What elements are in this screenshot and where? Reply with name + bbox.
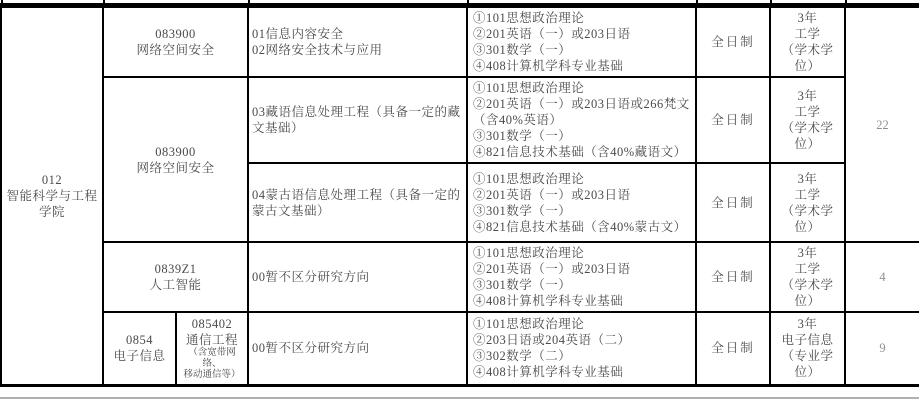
degree-cell: 3年 工学 （学术学位） xyxy=(770,242,845,312)
direction-cell: 00暂不区分研究方向 xyxy=(248,242,467,312)
direction-line: 03藏语信息处理工程（具备一定的藏文基础） xyxy=(252,104,463,136)
subject-line: ③301数学（一） xyxy=(473,128,692,144)
direction-line: 02网络安全技术与应用 xyxy=(252,42,463,58)
study-mode-cell: 全日制 xyxy=(696,77,770,163)
major-name: 网络空间安全 xyxy=(107,160,244,176)
subject-line: ④408计算机学科专业基础 xyxy=(473,364,692,380)
major-note-line: 移动通信等） xyxy=(180,370,244,381)
major-category-code: 0854 xyxy=(107,332,172,348)
subject-line: ③301数学（一） xyxy=(473,42,692,58)
exam-subjects-cell: ①101思想政治理论 ②201英语（一）或203日语或266梵文（含40%英语）… xyxy=(467,77,696,163)
subject-line: ③301数学（一） xyxy=(473,203,692,219)
degree-type: （专业学位） xyxy=(774,348,841,380)
major-category-name: 电子信息 xyxy=(107,348,172,364)
degree-duration: 3年 xyxy=(774,88,841,104)
degree-field: 工学 xyxy=(774,104,841,120)
degree-duration: 3年 xyxy=(774,316,841,332)
subject-line: ④408计算机学科专业基础 xyxy=(473,293,692,309)
subject-line: ②203日语或204英语（二） xyxy=(473,332,692,348)
degree-field: 工学 xyxy=(774,187,841,203)
subject-line: ①101思想政治理论 xyxy=(473,171,692,187)
subject-line: ②201英语（一）或203日语 xyxy=(473,26,692,42)
major-name: 网络空间安全 xyxy=(107,42,244,58)
quota-cell: 4 xyxy=(845,242,919,312)
degree-type: （学术学位） xyxy=(774,42,841,74)
direction-line: 00暂不区分研究方向 xyxy=(252,269,463,285)
direction-line: 01信息内容安全 xyxy=(252,26,463,42)
major-name: 人工智能 xyxy=(107,277,244,293)
major-code: 083900 xyxy=(107,26,244,42)
degree-cell: 3年 工学 （学术学位） xyxy=(770,8,845,77)
college-code: 012 xyxy=(5,172,99,188)
degree-field: 工学 xyxy=(774,261,841,277)
direction-cell: 03藏语信息处理工程（具备一定的藏文基础） xyxy=(248,77,467,163)
table-row: 0854 电子信息 085402 通信工程 （含宽带网络、 移动通信等） 00暂… xyxy=(1,312,919,385)
subject-line: ③301数学（一） xyxy=(473,277,692,293)
degree-cell: 3年 电子信息 （专业学位） xyxy=(770,312,845,385)
major-note-line: （含宽带网络、 xyxy=(180,348,244,370)
study-mode-cell: 全日制 xyxy=(696,8,770,77)
degree-type: （学术学位） xyxy=(774,277,841,309)
subject-line: ②201英语（一）或203日语或266梵文（含40%英语） xyxy=(473,96,692,128)
table-row: 0839Z1 人工智能 00暂不区分研究方向 ①101思想政治理论 ②201英语… xyxy=(1,242,919,312)
direction-cell: 00暂不区分研究方向 xyxy=(248,312,467,385)
major-cell: 083900 网络空间安全 xyxy=(103,8,248,77)
college-cell: 012 智能科学与工程 学院 xyxy=(1,8,103,385)
major-code: 0839Z1 xyxy=(107,261,244,277)
admissions-table-sheet: 012 智能科学与工程 学院 083900 网络空间安全 01信息内容安全 02… xyxy=(0,0,919,399)
study-mode-cell: 全日制 xyxy=(696,312,770,385)
subject-line: ①101思想政治理论 xyxy=(473,10,692,26)
direction-cell: 04蒙古语信息处理工程（具备一定的蒙古文基础） xyxy=(248,163,467,242)
degree-cell: 3年 工学 （学术学位） xyxy=(770,163,845,242)
subject-line: ①101思想政治理论 xyxy=(473,316,692,332)
degree-duration: 3年 xyxy=(774,171,841,187)
table-row: 083900 网络空间安全 03藏语信息处理工程（具备一定的藏文基础） ①101… xyxy=(1,77,919,163)
exam-subjects-cell: ①101思想政治理论 ②201英语（一）或203日语 ③301数学（一） ④82… xyxy=(467,163,696,242)
direction-cell: 01信息内容安全 02网络安全技术与应用 xyxy=(248,8,467,77)
degree-field: 电子信息 xyxy=(774,332,841,348)
exam-subjects-cell: ①101思想政治理论 ②201英语（一）或203日语 ③301数学（一） ④40… xyxy=(467,8,696,77)
exam-subjects-cell: ①101思想政治理论 ②203日语或204英语（二） ③302数学（二） ④40… xyxy=(467,312,696,385)
study-mode-cell: 全日制 xyxy=(696,242,770,312)
table-row: 012 智能科学与工程 学院 083900 网络空间安全 01信息内容安全 02… xyxy=(1,8,919,77)
degree-type: （学术学位） xyxy=(774,203,841,235)
study-mode-cell: 全日制 xyxy=(696,163,770,242)
subject-line: ④821信息技术基础（含40%藏语文） xyxy=(473,144,692,160)
major-name: 通信工程 xyxy=(180,332,244,348)
subject-line: ②201英语（一）或203日语 xyxy=(473,187,692,203)
degree-duration: 3年 xyxy=(774,10,841,26)
degree-field: 工学 xyxy=(774,26,841,42)
admissions-table: 012 智能科学与工程 学院 083900 网络空间安全 01信息内容安全 02… xyxy=(0,8,919,387)
major-cell: 0839Z1 人工智能 xyxy=(103,242,248,312)
subject-line: ①101思想政治理论 xyxy=(473,80,692,96)
degree-type: （学术学位） xyxy=(774,120,841,152)
college-name-line1: 智能科学与工程 xyxy=(5,188,99,204)
major-code: 083900 xyxy=(107,144,244,160)
quota-cell: 9 xyxy=(845,312,919,385)
degree-duration: 3年 xyxy=(774,245,841,261)
exam-subjects-cell: ①101思想政治理论 ②201英语（一）或203日语 ③301数学（一） ④40… xyxy=(467,242,696,312)
major-category-cell: 0854 电子信息 xyxy=(103,312,176,385)
college-name-line2: 学院 xyxy=(5,204,99,220)
major-cell: 083900 网络空间安全 xyxy=(103,77,248,242)
subject-line: ③302数学（二） xyxy=(473,348,692,364)
direction-line: 04蒙古语信息处理工程（具备一定的蒙古文基础） xyxy=(252,187,463,219)
subject-line: ②201英语（一）或203日语 xyxy=(473,261,692,277)
subject-line: ④821信息技术基础（含40%蒙古文） xyxy=(473,219,692,235)
quota-cell: 22 xyxy=(845,8,919,242)
subject-line: ①101思想政治理论 xyxy=(473,245,692,261)
subject-line: ④408计算机学科专业基础 xyxy=(473,58,692,74)
degree-cell: 3年 工学 （学术学位） xyxy=(770,77,845,163)
direction-line: 00暂不区分研究方向 xyxy=(252,340,463,356)
major-cell: 085402 通信工程 （含宽带网络、 移动通信等） xyxy=(176,312,248,385)
major-code: 085402 xyxy=(180,316,244,332)
